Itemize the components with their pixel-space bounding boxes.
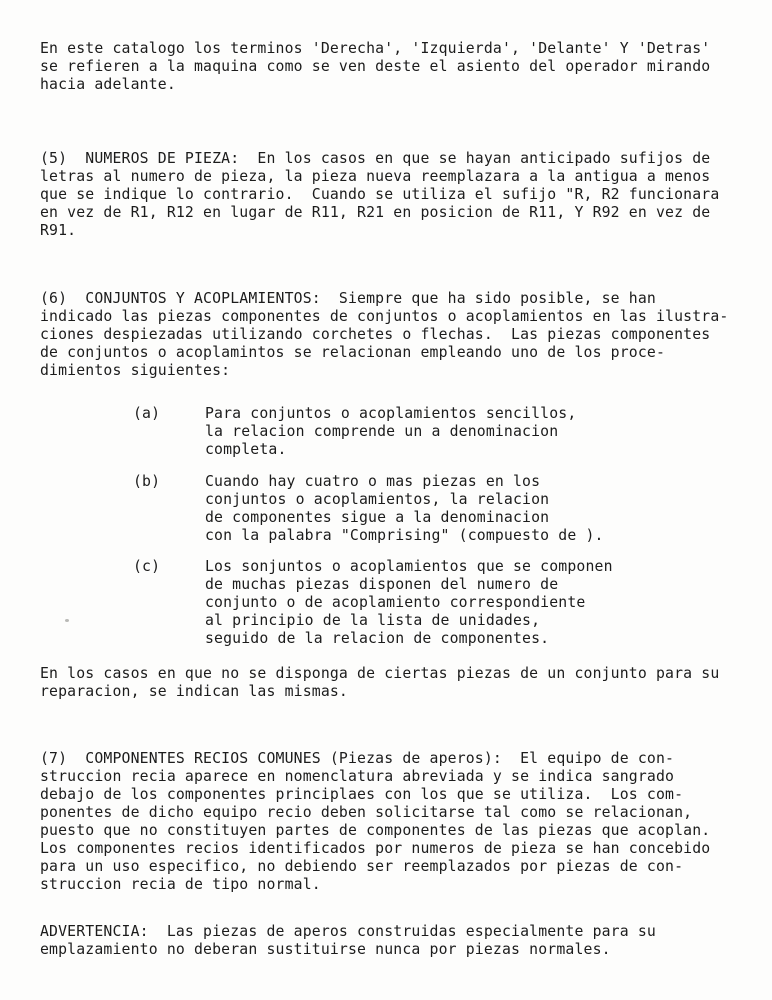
text-line: Los sonjuntos o acoplamientos que se com… — [205, 558, 613, 576]
list-item-body: Los sonjuntos o acoplamientos que se com… — [205, 558, 613, 648]
text-line: dimientos siguientes: — [40, 362, 737, 380]
text-line: Para conjuntos o acoplamientos sencillos… — [205, 405, 576, 423]
text-line: struccion recia aparece en nomenclatura … — [40, 768, 737, 786]
text-line: (5) NUMEROS DE PIEZA: En los casos en qu… — [40, 150, 737, 168]
text-line: de componentes sigue a la denominacion — [205, 509, 604, 527]
list-item-label: (c) — [133, 558, 205, 648]
text-line: indicado las piezas componentes de conju… — [40, 308, 737, 326]
text-line: de conjuntos o acoplamintos se relaciona… — [40, 344, 737, 362]
text-line: seguido de la relacion de componentes. — [205, 630, 613, 648]
text-line: en vez de R1, R12 en lugar de R11, R21 e… — [40, 204, 737, 222]
text-line: debajo de los componentes principlaes co… — [40, 786, 737, 804]
paragraph-section5-numeros-de-pieza: (5) NUMEROS DE PIEZA: En los casos en qu… — [40, 150, 737, 240]
list-item-label: (b) — [133, 473, 205, 545]
text-line: conjunto o de acoplamiento correspondien… — [205, 594, 613, 612]
text-line: conjuntos o acoplamientos, la relacion — [205, 491, 604, 509]
text-line: ciones despiezadas utilizando corchetes … — [40, 326, 737, 344]
text-line: con la palabra "Comprising" (compuesto d… — [205, 527, 604, 545]
text-line: emplazamiento no deberan sustituirse nun… — [40, 941, 737, 959]
paragraph-section7-componentes-recios-comunes: (7) COMPONENTES RECIOS COMUNES (Piezas d… — [40, 750, 737, 894]
scan-artifact — [65, 619, 69, 622]
list-item-body: Cuando hay cuatro o mas piezas en los co… — [205, 473, 604, 545]
text-line: En este catalogo los terminos 'Derecha',… — [40, 40, 737, 58]
text-line: Cuando hay cuatro o mas piezas en los — [205, 473, 604, 491]
text-line: (6) CONJUNTOS Y ACOPLAMIENTOS: Siempre q… — [40, 290, 737, 308]
list-item-a: (a) Para conjuntos o acoplamientos senci… — [133, 405, 737, 459]
text-line: R91. — [40, 222, 737, 240]
text-line: de muchas piezas disponen del numero de — [205, 576, 613, 594]
text-line: struccion recia de tipo normal. — [40, 876, 737, 894]
text-line: letras al numero de pieza, la pieza nuev… — [40, 168, 737, 186]
paragraph-section6-conjuntos-y-acoplamientos: (6) CONJUNTOS Y ACOPLAMIENTOS: Siempre q… — [40, 290, 737, 380]
text-line: (7) COMPONENTES RECIOS COMUNES (Piezas d… — [40, 750, 737, 768]
list-item-body: Para conjuntos o acoplamientos sencillos… — [205, 405, 576, 459]
text-line: En los casos en que no se disponga de ci… — [40, 665, 737, 683]
text-line: que se indique lo contrario. Cuando se u… — [40, 186, 737, 204]
document-page: En este catalogo los terminos 'Derecha',… — [0, 0, 772, 1000]
text-line: al principio de la lista de unidades, — [205, 612, 613, 630]
text-line: ponentes de dicho equipo recio deben sol… — [40, 804, 737, 822]
paragraph-advertencia: ADVERTENCIA: Las piezas de aperos constr… — [40, 923, 737, 959]
list-item-label: (a) — [133, 405, 205, 459]
paragraph-intro: En este catalogo los terminos 'Derecha',… — [40, 40, 737, 94]
text-line: se refieren a la maquina como se ven des… — [40, 58, 737, 76]
text-line: puesto que no constituyen partes de comp… — [40, 822, 737, 840]
list-item-b: (b) Cuando hay cuatro o mas piezas en lo… — [133, 473, 737, 545]
text-line: completa. — [205, 441, 576, 459]
text-line: para un uso especifico, no debiendo ser … — [40, 858, 737, 876]
paragraph-note: En los casos en que no se disponga de ci… — [40, 665, 737, 701]
text-line: reparacion, se indican las mismas. — [40, 683, 737, 701]
text-line: ADVERTENCIA: Las piezas de aperos constr… — [40, 923, 737, 941]
text-line: hacia adelante. — [40, 76, 737, 94]
text-line: Los componentes recios identificados por… — [40, 840, 737, 858]
list-item-c: (c) Los sonjuntos o acoplamientos que se… — [133, 558, 737, 648]
text-line: la relacion comprende un a denominacion — [205, 423, 576, 441]
